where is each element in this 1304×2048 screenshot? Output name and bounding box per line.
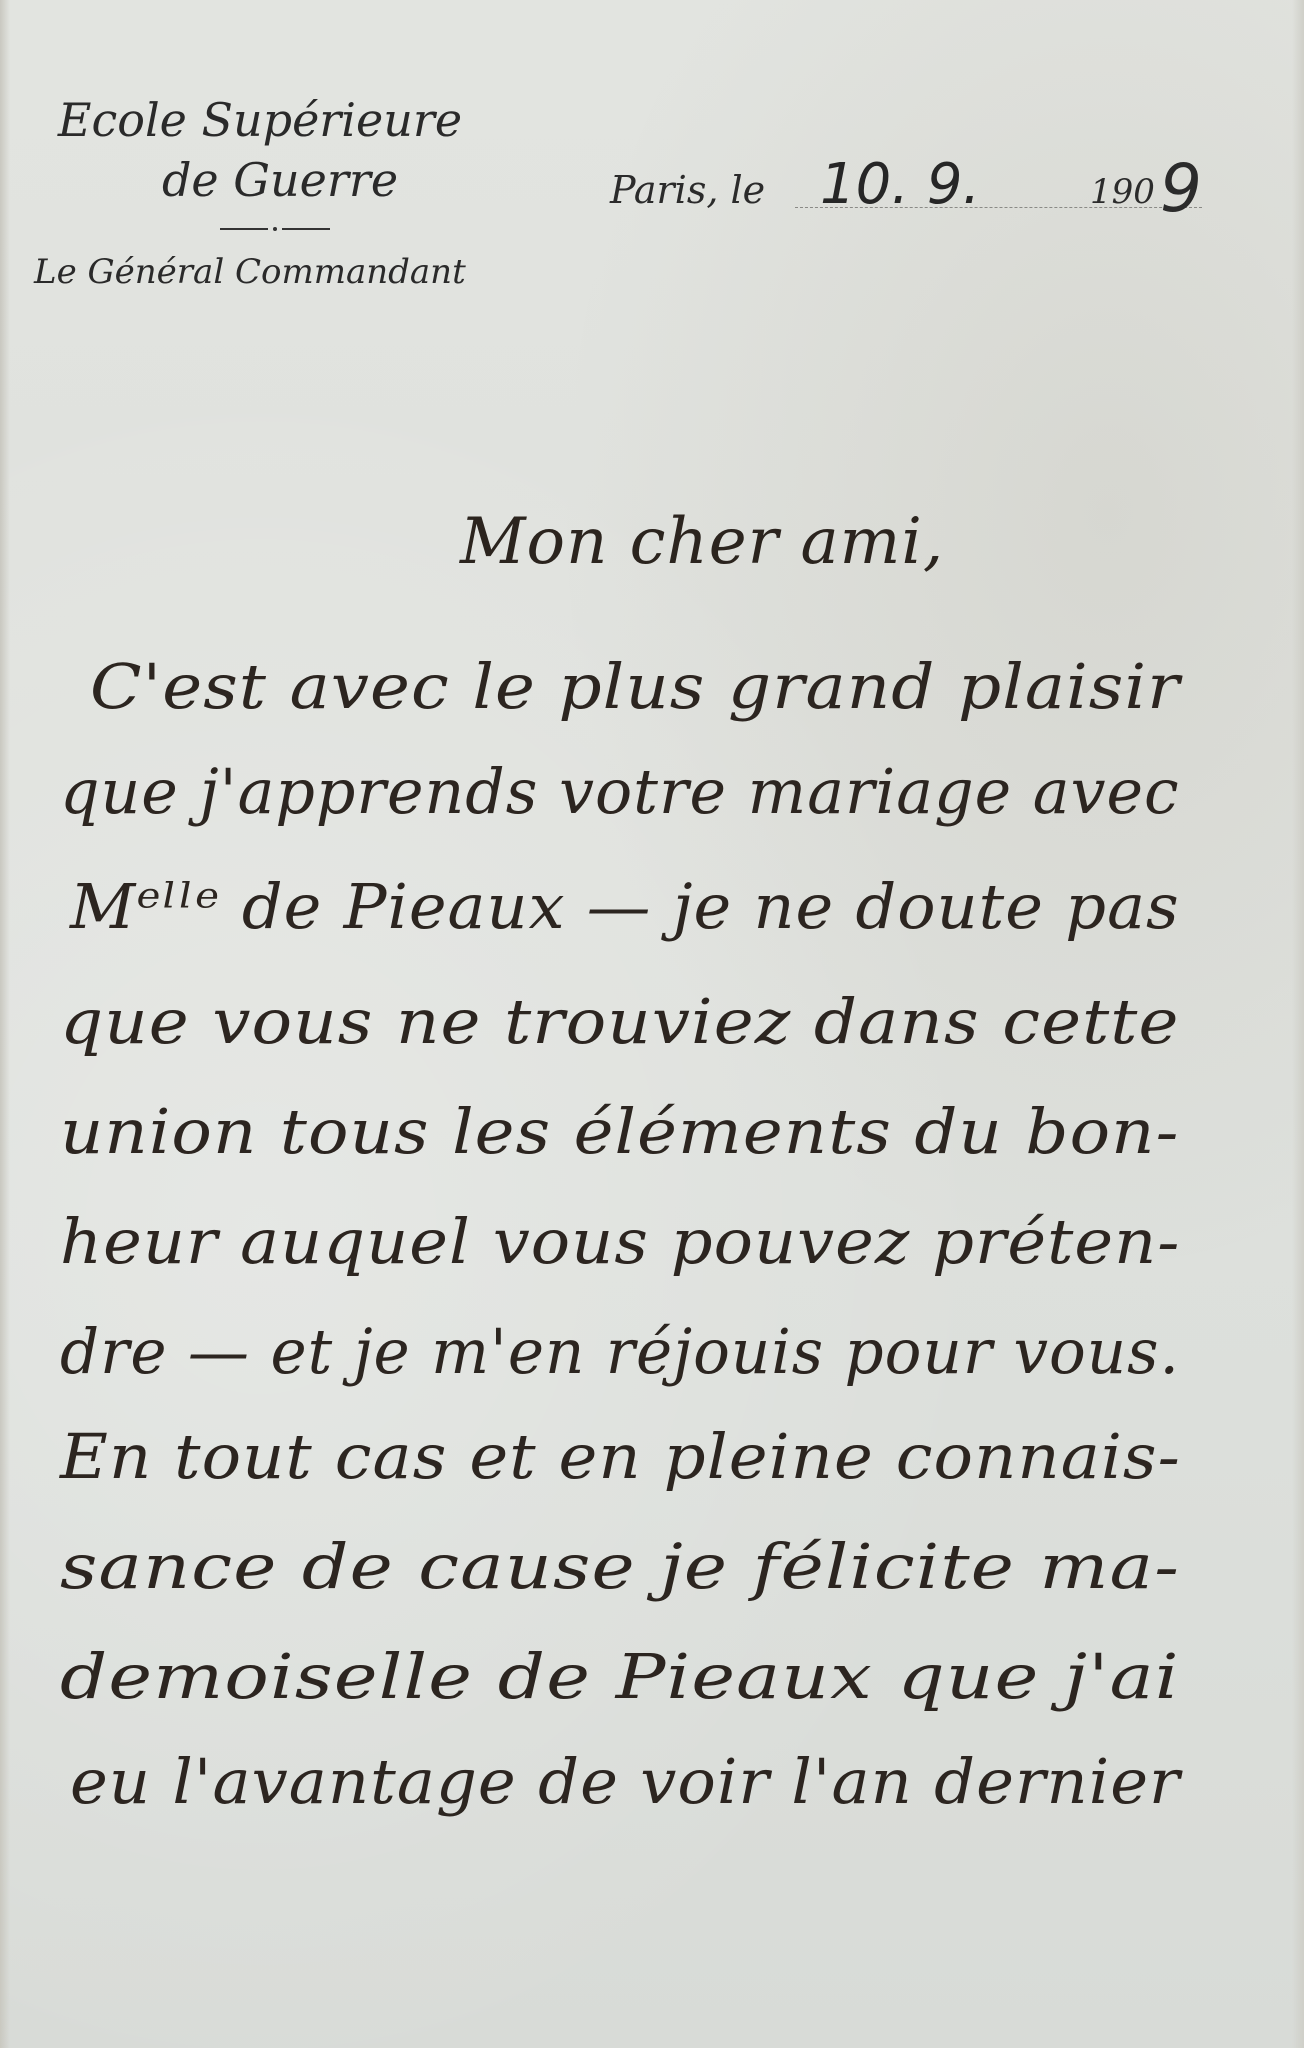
body-line: Mᵉˡˡᵉ de Pieaux — je ne doute pas bbox=[70, 870, 1180, 943]
body-line: union tous les éléments du bon- bbox=[60, 1095, 1179, 1168]
letter-body: Mon cher ami, C'est avec le plus grand p… bbox=[0, 0, 1304, 2048]
salutation: Mon cher ami, bbox=[460, 505, 944, 579]
body-line: que vous ne trouviez dans cette bbox=[60, 985, 1179, 1058]
body-line: dre — et je m'en réjouis pour vous. bbox=[60, 1315, 1180, 1388]
body-line: sance de cause je félicite ma- bbox=[60, 1530, 1180, 1603]
body-line: eu l'avantage de voir l'an dernier bbox=[70, 1745, 1181, 1818]
body-line: que j'apprends votre mariage avec bbox=[60, 755, 1180, 828]
body-line: En tout cas et en pleine connais- bbox=[60, 1420, 1181, 1493]
letter-page: Ecole Supérieure de Guerre Le Général Co… bbox=[0, 0, 1304, 2048]
body-line: demoiselle de Pieaux que j'ai bbox=[60, 1640, 1180, 1713]
body-line: heur auquel vous pouvez préten- bbox=[60, 1205, 1180, 1278]
body-line: C'est avec le plus grand plaisir bbox=[90, 650, 1180, 723]
